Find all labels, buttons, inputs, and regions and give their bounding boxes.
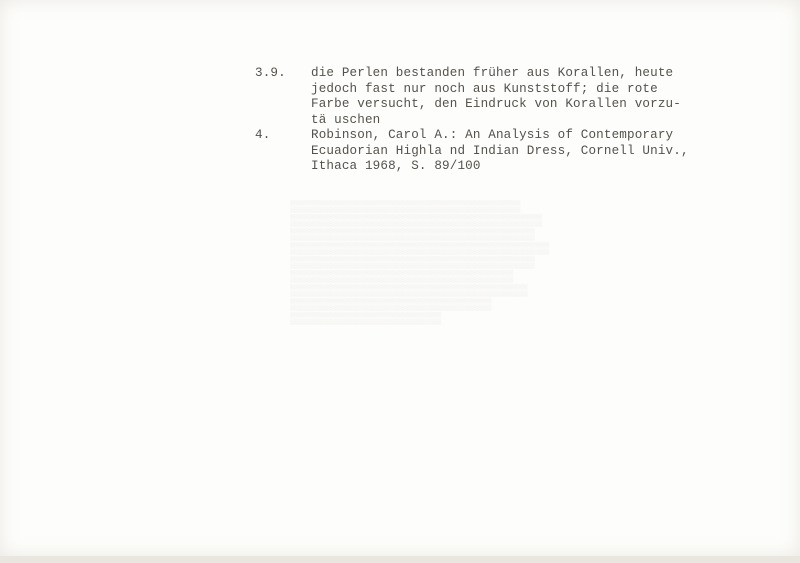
paper-bottom-edge	[0, 556, 800, 563]
footnotes: 3.9. die Perlen bestanden früher aus Kor…	[255, 66, 689, 175]
footnote: 3.9. die Perlen bestanden früher aus Kor…	[255, 66, 689, 128]
reverse-side-show-through: ▒▒▒▒▒▒▒▒▒▒▒▒▒▒▒▒▒▒▒▒▒▒▒▒▒▒▒▒▒▒▒▒ ▒▒▒▒▒▒▒…	[290, 200, 549, 326]
footnote-line: Ecuadorian Highla nd Indian Dress, Corne…	[311, 144, 689, 160]
footnote-line: Robinson, Carol A.: An Analysis of Conte…	[311, 128, 689, 144]
footnote-line: Farbe versucht, den Eindruck von Koralle…	[311, 97, 681, 113]
footnote-number: 4.	[255, 128, 311, 175]
paper-sheet: ▒▒▒▒▒▒▒▒▒▒▒▒▒▒▒▒▒▒▒▒▒▒▒▒▒▒▒▒▒▒▒▒ ▒▒▒▒▒▒▒…	[0, 0, 800, 556]
footnote-number: 3.9.	[255, 66, 311, 128]
footnote-line: Ithaca 1968, S. 89/100	[311, 159, 689, 175]
footnote: 4. Robinson, Carol A.: An Analysis of Co…	[255, 128, 689, 175]
footnote-line: die Perlen bestanden früher aus Korallen…	[311, 66, 681, 82]
footnote-line: tä uschen	[311, 113, 681, 129]
footnote-line: jedoch fast nur noch aus Kunststoff; die…	[311, 82, 681, 98]
